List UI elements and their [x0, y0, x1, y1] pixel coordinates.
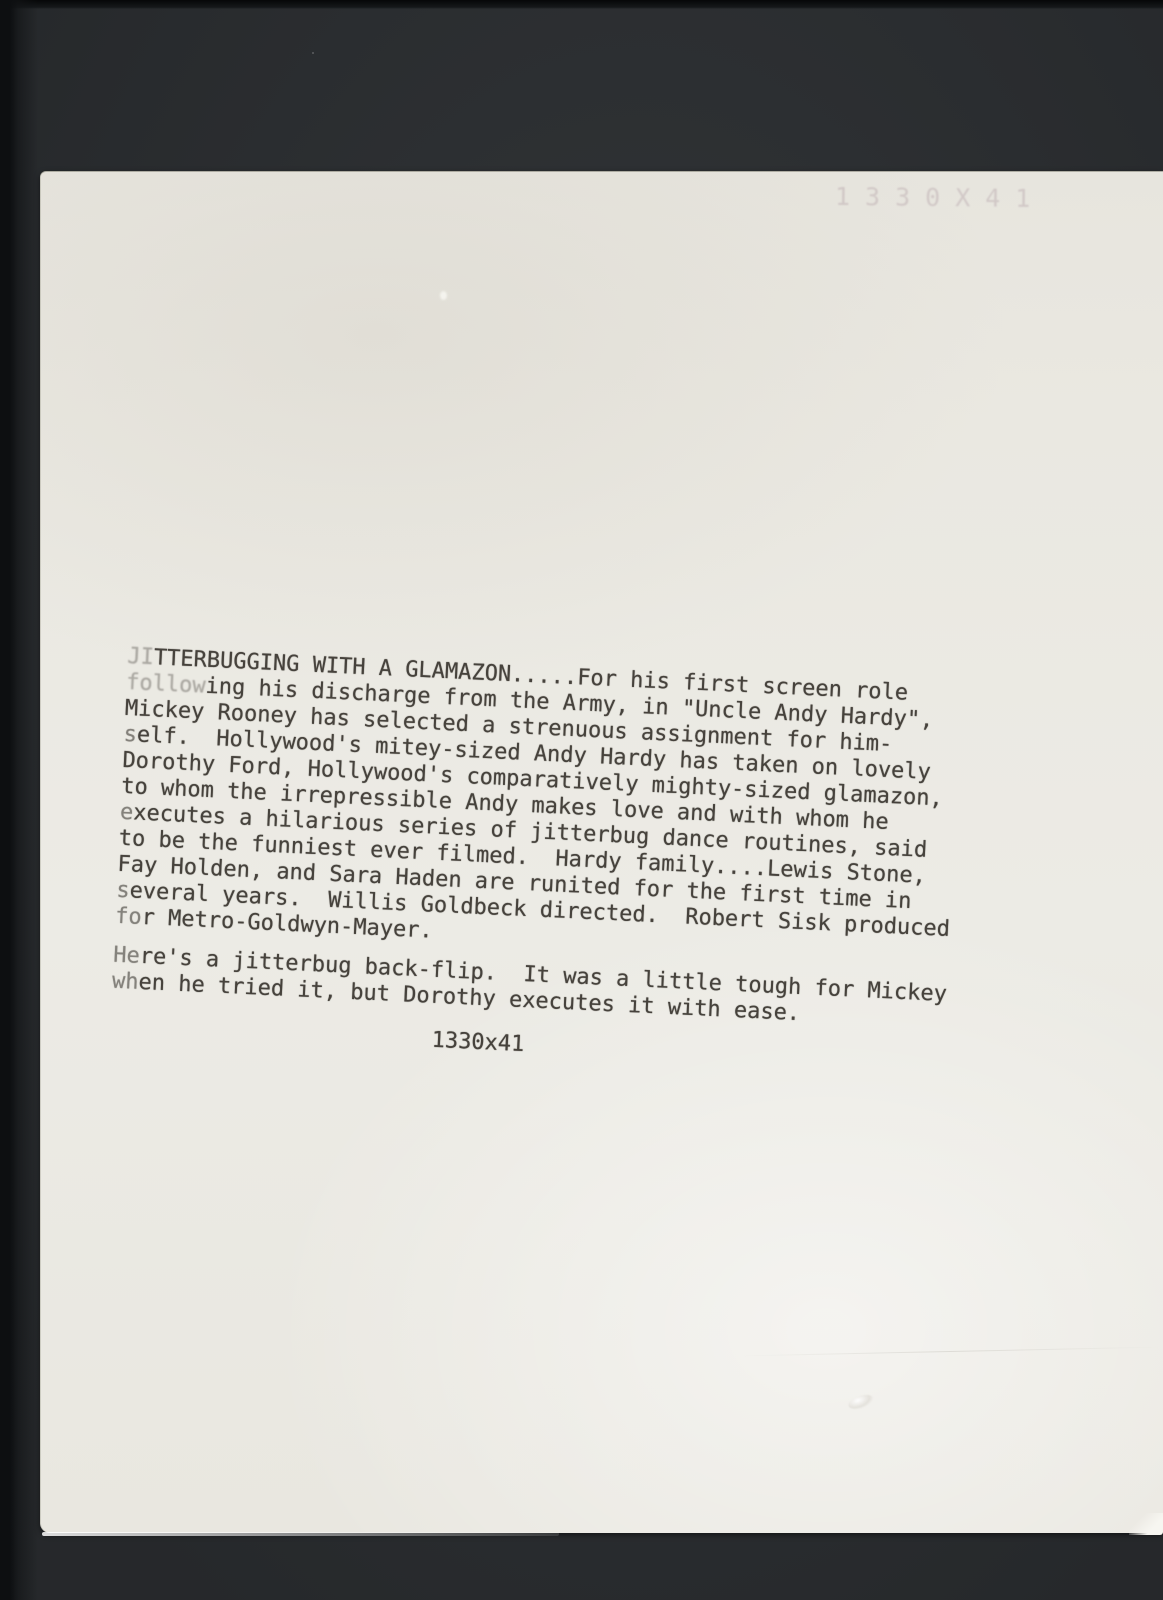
scanned-photo-back: { "colors": { "mat_background": "#2b2e31… [0, 0, 1163, 1600]
paper-corner-fold [1129, 1513, 1163, 1535]
typed-text-segment: wh [112, 969, 140, 995]
photo-back-paper: 1330X41 JITTERBUGGING WITH A GLAMAZON...… [40, 171, 1163, 1533]
typed-text-segment: He [113, 943, 141, 969]
typed-paragraph: JITTERBUGGING WITH A GLAMAZON.....For hi… [115, 644, 1047, 973]
paper-edge-highlight [42, 1532, 559, 1536]
typed-caption-block: JITTERBUGGING WITH A GLAMAZON.....For hi… [109, 644, 1047, 1082]
paper-dust-speck [440, 291, 447, 300]
dust-speck [312, 52, 314, 54]
faint-stamp: 1330X41 [835, 182, 1046, 213]
typed-text-segment: fo [115, 904, 143, 930]
scan-edge-left [0, 0, 38, 1600]
typed-text-segment: follow [126, 670, 207, 699]
paper-crease-line [740, 1347, 1160, 1357]
typed-text-segment: e [119, 800, 133, 826]
typed-line: 1330x41 [431, 1028, 1030, 1082]
typed-text-segment: s [116, 878, 130, 904]
scan-edge-top [0, 0, 1163, 9]
typed-text-segment: JI [127, 644, 155, 670]
paper-crease-dimple [847, 1392, 875, 1411]
typed-text-segment: 1330x41 [431, 1028, 525, 1057]
typed-text-segment: s [123, 722, 137, 748]
